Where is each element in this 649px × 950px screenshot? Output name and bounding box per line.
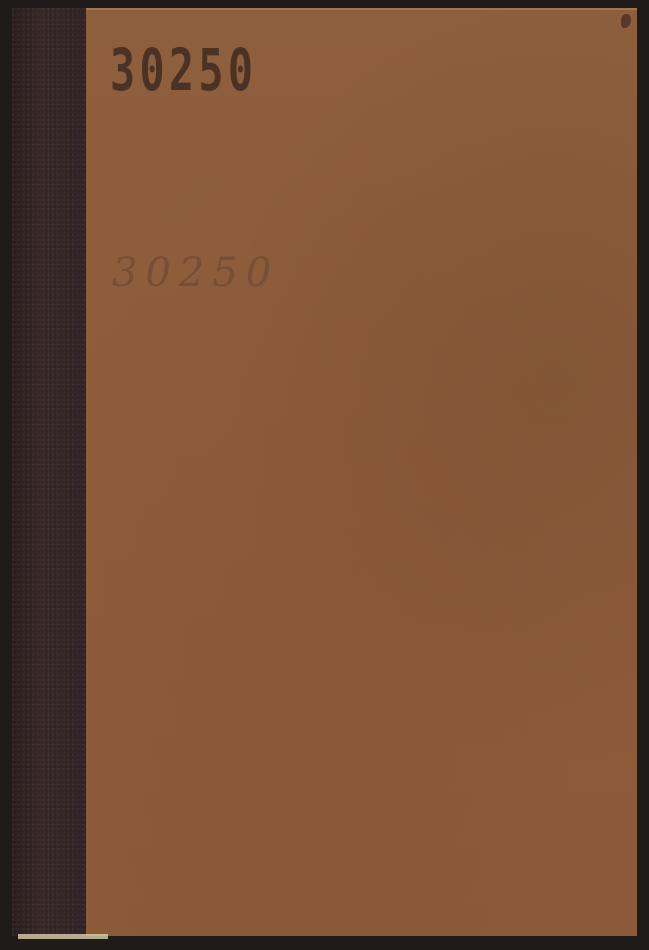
book: 30250 30250 <box>12 8 637 936</box>
book-cover: 30250 30250 <box>86 8 637 936</box>
stamped-catalog-number: 30250 <box>110 36 257 104</box>
handwritten-catalog-number: 30250 <box>112 250 279 296</box>
ink-stain <box>621 14 631 28</box>
book-spine <box>12 8 87 936</box>
page-edge <box>18 934 108 939</box>
